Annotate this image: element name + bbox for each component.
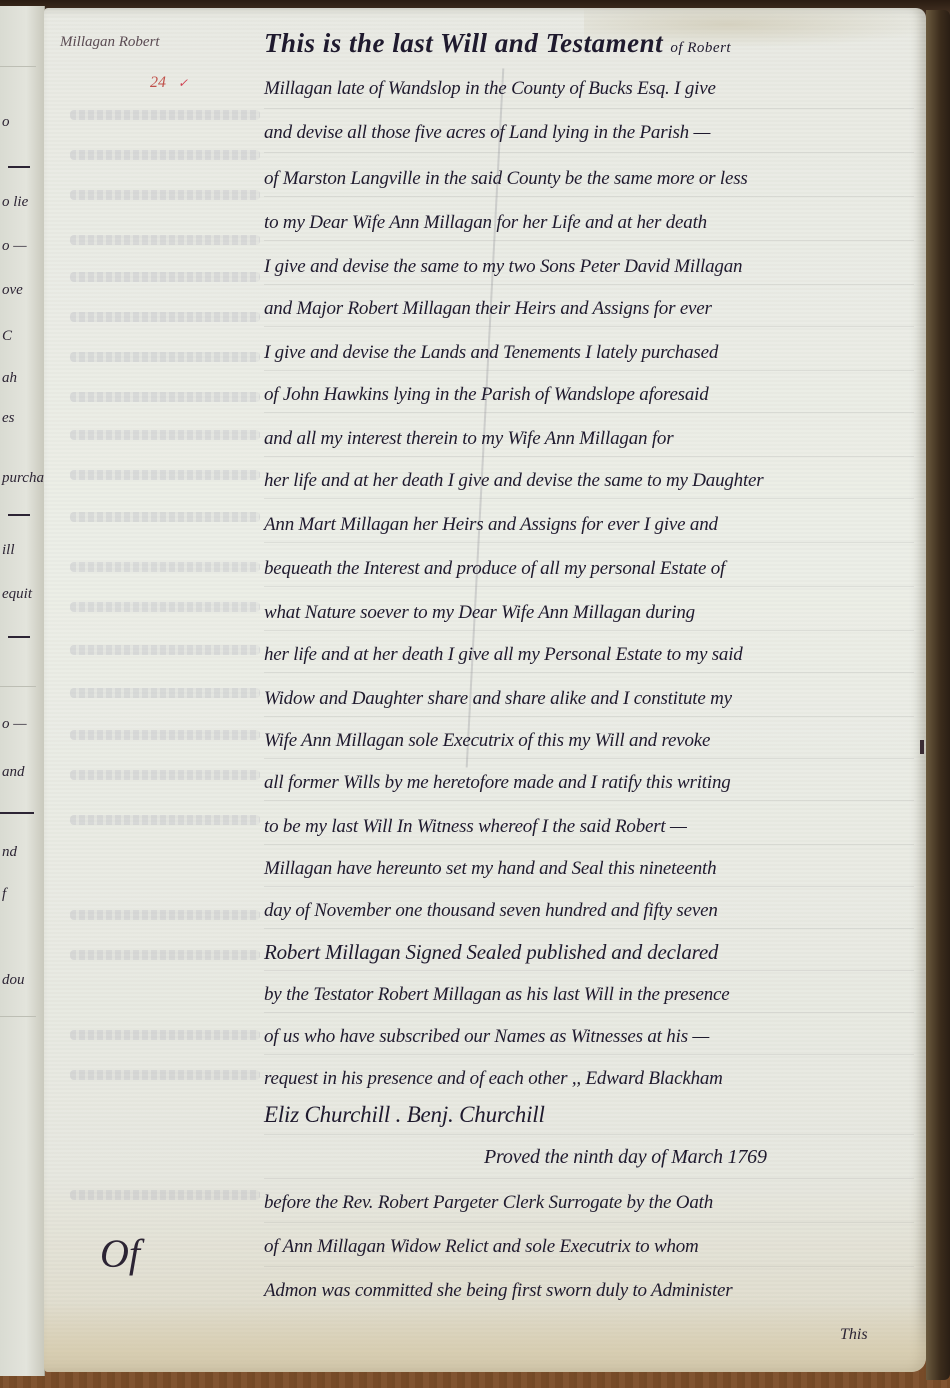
- margin-flourish-mark: Of: [100, 1230, 140, 1277]
- text-line: Admon was committed she being first swor…: [264, 1280, 732, 1302]
- faint-bleed-text: [70, 430, 260, 440]
- faint-bleed-text: [70, 110, 260, 120]
- book-binding-edge: [926, 10, 950, 1380]
- left-fragment: o —: [2, 238, 27, 255]
- left-fragment: f: [2, 886, 6, 903]
- ruling: [264, 240, 914, 241]
- text-line: and Major Robert Millagan their Heirs an…: [264, 298, 712, 320]
- faint-bleed-text: [70, 1030, 260, 1040]
- text-line: her life and at her death I give and dev…: [264, 470, 763, 492]
- ruling: [264, 758, 914, 759]
- left-fragment: purcha: [2, 470, 44, 487]
- heading-main: This is the last Will and Testament: [264, 28, 663, 58]
- text-line: Wife Ann Millagan sole Executrix of this…: [264, 730, 710, 752]
- left-fragment: ove: [2, 282, 23, 299]
- left-fragment: ill: [2, 542, 15, 559]
- left-fragment: o: [2, 114, 10, 131]
- ink-mark: [920, 740, 924, 754]
- ruling: [264, 1178, 914, 1179]
- text-line: of Marston Langville in the said County …: [264, 168, 748, 190]
- left-fragment: o lie: [2, 194, 28, 211]
- text-line: Millagan have hereunto set my hand and S…: [264, 858, 716, 880]
- left-fragment: nd: [2, 844, 17, 861]
- left-facing-page: o o lie o — ove C ah es purcha ill equit…: [0, 6, 45, 1376]
- text-line: of John Hawkins lying in the Parish of W…: [264, 384, 709, 406]
- ruling: [264, 800, 914, 801]
- text-line: I give and devise the same to my two Son…: [264, 256, 742, 278]
- text-line: all former Wills by me heretofore made a…: [264, 772, 731, 794]
- faint-bleed-text: [70, 1070, 260, 1080]
- left-dash: [0, 812, 34, 814]
- faint-bleed-text: [70, 190, 260, 200]
- left-dash: [8, 514, 30, 516]
- ruling: [264, 498, 914, 499]
- faint-bleed-text: [70, 602, 260, 612]
- margin-folio-number: 24✓: [150, 74, 188, 92]
- faint-bleed-text: [70, 815, 260, 825]
- left-fragment: ah: [2, 370, 17, 387]
- ruling: [0, 686, 36, 687]
- folio-number: 24: [150, 74, 166, 91]
- faint-bleed-text: [70, 1190, 260, 1200]
- check-mark-icon: ✓: [178, 76, 188, 90]
- left-fragment: o —: [2, 716, 27, 733]
- text-line: Millagan late of Wandslop in the County …: [264, 78, 716, 100]
- faint-bleed-text: [70, 352, 260, 362]
- text-line: and devise all those five acres of Land …: [264, 122, 710, 144]
- ruling: [264, 970, 914, 971]
- left-fragment: dou: [2, 972, 25, 989]
- faint-bleed-text: [70, 688, 260, 698]
- faint-bleed-text: [70, 645, 260, 655]
- ruling: [264, 1134, 914, 1135]
- text-line: I give and devise the Lands and Tenement…: [264, 342, 718, 364]
- faint-bleed-text: [70, 950, 260, 960]
- ruling: [264, 716, 914, 717]
- faint-bleed-text: [70, 392, 260, 402]
- ruling: [264, 586, 914, 587]
- faint-bleed-text: [70, 730, 260, 740]
- faint-bleed-text: [70, 910, 260, 920]
- ruling: [264, 370, 914, 371]
- left-dash: [8, 636, 30, 638]
- faint-bleed-text: [70, 770, 260, 780]
- text-line: and all my interest therein to my Wife A…: [264, 428, 673, 450]
- text-line: Ann Mart Millagan her Heirs and Assigns …: [264, 514, 718, 536]
- will-heading: This is the last Will and Testament of R…: [264, 28, 731, 59]
- text-line: Widow and Daughter share and share alike…: [264, 688, 732, 710]
- text-line: her life and at her death I give all my …: [264, 644, 743, 666]
- text-line: to be my last Will In Witness whereof I …: [264, 816, 687, 838]
- ruling: [264, 456, 914, 457]
- ruling: [264, 108, 914, 109]
- ruling: [264, 412, 914, 413]
- ruling: [264, 928, 914, 929]
- text-line: what Nature soever to my Dear Wife Ann M…: [264, 602, 695, 624]
- text-line: of Ann Millagan Widow Relict and sole Ex…: [264, 1236, 699, 1258]
- ruling: [264, 284, 914, 285]
- probate-line: Proved the ninth day of March 1769: [484, 1146, 767, 1169]
- left-fragment: equit: [2, 586, 32, 603]
- ruling: [264, 844, 914, 845]
- water-stain-bottom: [44, 1302, 926, 1372]
- ruling: [0, 66, 36, 67]
- text-line-signature: Robert Millagan Signed Sealed published …: [264, 940, 718, 965]
- ruling: [264, 1012, 914, 1013]
- ruling: [264, 1222, 914, 1223]
- text-line: of us who have subscribed our Names as W…: [264, 1026, 709, 1048]
- left-dash: [8, 166, 30, 168]
- ruling: [264, 326, 914, 327]
- faint-bleed-text: [70, 562, 260, 572]
- faint-bleed-text: [70, 272, 260, 282]
- catchword: This: [840, 1326, 868, 1344]
- ruling: [264, 196, 914, 197]
- faint-bleed-text: [70, 512, 260, 522]
- ruling: [0, 1016, 36, 1017]
- ruling: [264, 1266, 914, 1267]
- left-fragment: C: [2, 328, 12, 345]
- faint-bleed-text: [70, 312, 260, 322]
- ruling: [264, 1054, 914, 1055]
- heading-tail: of Robert: [670, 40, 731, 56]
- ruling: [264, 886, 914, 887]
- faint-bleed-text: [70, 470, 260, 480]
- ruling: [264, 672, 914, 673]
- left-fragment: and: [2, 764, 25, 781]
- ruling: [264, 630, 914, 631]
- text-line-witness: request in his presence and of each othe…: [264, 1068, 723, 1090]
- text-line: by the Testator Robert Millagan as his l…: [264, 984, 730, 1006]
- text-line: to my Dear Wife Ann Millagan for her Lif…: [264, 212, 707, 234]
- ruling: [264, 542, 914, 543]
- ruling: [264, 152, 914, 153]
- text-line-witnesses: Eliz Churchill . Benj. Churchill: [264, 1102, 545, 1128]
- text-line: before the Rev. Robert Pargeter Clerk Su…: [264, 1192, 713, 1214]
- faint-bleed-text: [70, 150, 260, 160]
- margin-testator-name: Millagan Robert: [60, 34, 160, 51]
- text-line: day of November one thousand seven hundr…: [264, 900, 718, 922]
- faint-bleed-text: [70, 235, 260, 245]
- text-line: bequeath the Interest and produce of all…: [264, 558, 725, 580]
- left-fragment: es: [2, 410, 15, 427]
